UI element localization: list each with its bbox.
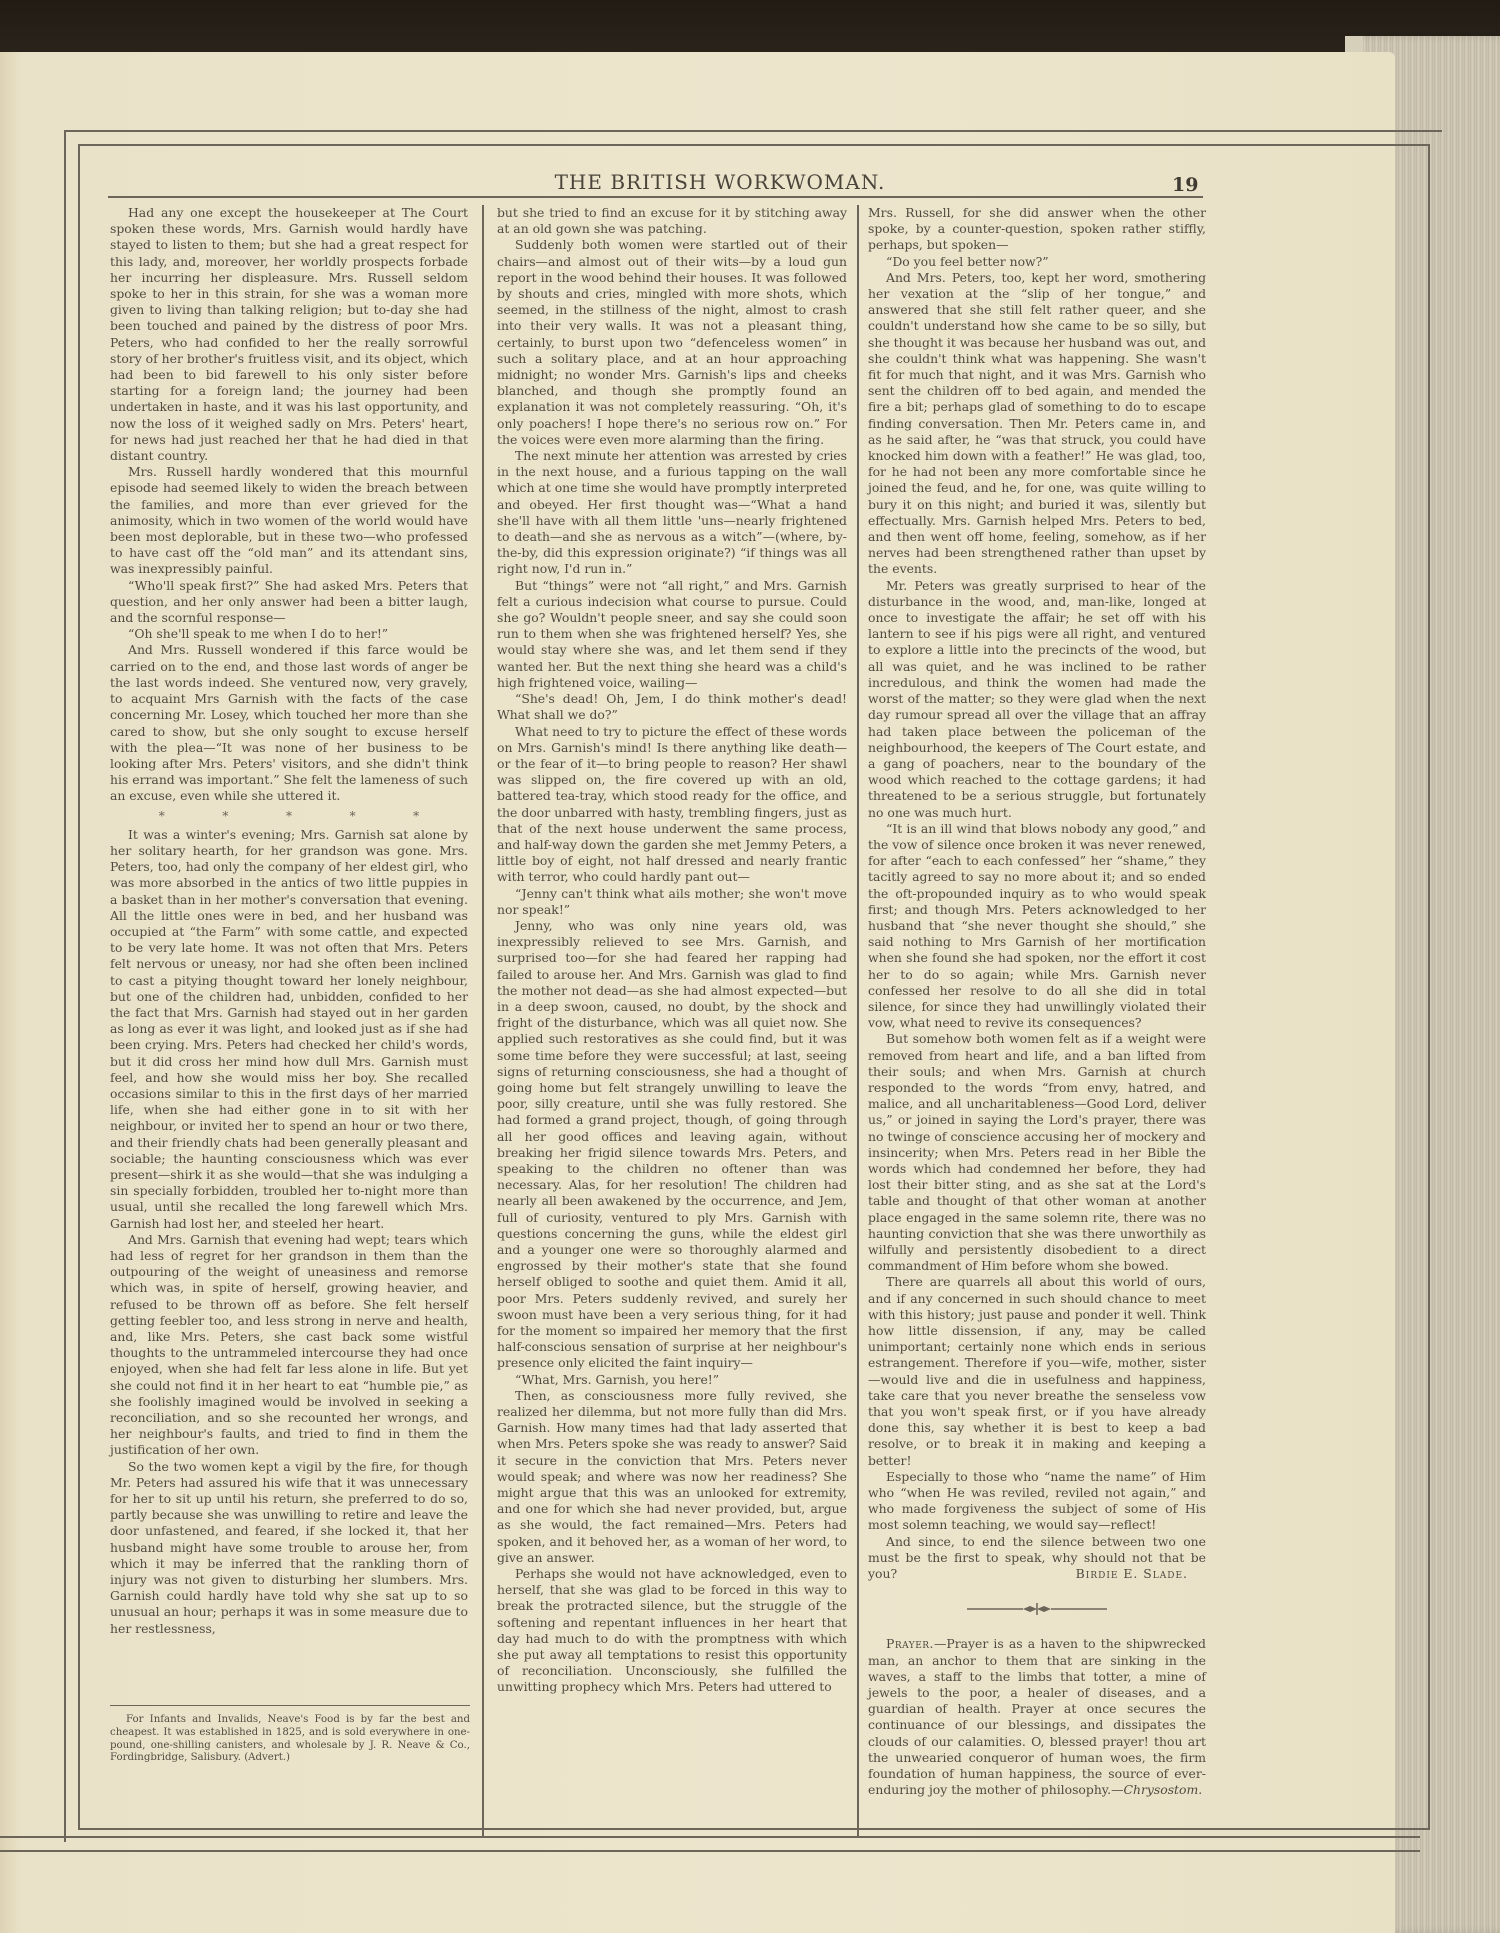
paragraph: but she tried to find an excuse for it b… <box>497 205 847 237</box>
author-signature: Birdie E. Slade. <box>868 1566 1206 1582</box>
text-column-3: Mrs. Russell, for she did answer when th… <box>868 205 1206 1799</box>
paragraph: And Mrs. Russell wondered if this farce … <box>110 642 468 804</box>
prayer-attribution: Chrysostom. <box>1124 1782 1203 1797</box>
paragraph: And Mrs. Garnish that evening had wept; … <box>110 1232 468 1459</box>
paragraph: Then, as consciousness more fully revive… <box>497 1388 847 1566</box>
quote-paragraph: “What, Mrs. Garnish, you here!” <box>497 1372 847 1388</box>
paragraph: Mrs. Russell, for she did answer when th… <box>868 205 1206 254</box>
decorative-rule-ornament-icon <box>967 1602 1107 1616</box>
asterisk-icon: * <box>159 808 165 824</box>
column-divider <box>857 205 859 1837</box>
paragraph: But “things” were not “all right,” and M… <box>497 578 847 691</box>
text-column-1: Had any one except the housekeeper at Th… <box>110 205 468 1637</box>
text-column-2: but she tried to find an excuse for it b… <box>497 205 847 1696</box>
footnote-text: For Infants and Invalids, Neave's Food i… <box>110 1714 470 1765</box>
asterisk-icon: * <box>413 808 419 824</box>
asterisk-icon: * <box>222 808 228 824</box>
column-divider <box>482 205 484 1837</box>
header-rule <box>108 196 1203 198</box>
section-break-asterisks: * * * * * <box>110 805 468 827</box>
paragraph: The next minute her attention was arrest… <box>497 448 847 578</box>
paragraph: Suddenly both women were startled out of… <box>497 237 847 448</box>
paragraph: “It is an ill wind that blows nobody any… <box>868 821 1206 1032</box>
quote-paragraph: “She's dead! Oh, Jem, I do think mother'… <box>497 691 847 723</box>
paragraph: And Mrs. Peters, too, kept her word, smo… <box>868 270 1206 578</box>
paragraph: Perhaps she would not have acknowledged,… <box>497 1566 847 1696</box>
paragraph: “Who'll speak first?” She had asked Mrs.… <box>110 578 468 627</box>
paragraph: But somehow both women felt as if a weig… <box>868 1031 1206 1274</box>
paragraph: Mrs. Russell hardly wondered that this m… <box>110 464 468 577</box>
asterisk-icon: * <box>286 808 292 824</box>
paragraph: There are quarrels all about this world … <box>868 1274 1206 1468</box>
page-number: 19 <box>1172 174 1198 196</box>
advertisement-footnote: For Infants and Invalids, Neave's Food i… <box>110 1714 470 1765</box>
prayer-text: —Prayer is as a haven to the shipwrecked… <box>868 1636 1206 1797</box>
quote-paragraph: “Oh she'll speak to me when I do to her!… <box>110 626 468 642</box>
prayer-lead: Prayer. <box>886 1636 934 1651</box>
paragraph: Especially to those who “name the name” … <box>868 1469 1206 1534</box>
bottom-border-rule <box>0 1836 1420 1838</box>
paragraph: Jenny, who was only nine years old, was … <box>497 918 847 1372</box>
asterisk-icon: * <box>350 808 356 824</box>
masthead-title: THE BRITISH WORKWOMAN. <box>460 170 980 194</box>
quote-paragraph: “Jenny can't think what ails mother; she… <box>497 886 847 918</box>
bottom-border-rule <box>0 1850 1420 1852</box>
quote-paragraph: “Do you feel better now?” <box>868 254 1206 270</box>
paragraph: Had any one except the housekeeper at Th… <box>110 205 468 464</box>
paragraph: What need to try to picture the effect o… <box>497 724 847 886</box>
paragraph: Mr. Peters was greatly surprised to hear… <box>868 578 1206 821</box>
footnote-rule <box>110 1705 470 1706</box>
paragraph: It was a winter's evening; Mrs. Garnish … <box>110 827 468 1232</box>
prayer-paragraph: Prayer.—Prayer is as a haven to the ship… <box>868 1636 1206 1798</box>
paragraph: So the two women kept a vigil by the fir… <box>110 1459 468 1637</box>
